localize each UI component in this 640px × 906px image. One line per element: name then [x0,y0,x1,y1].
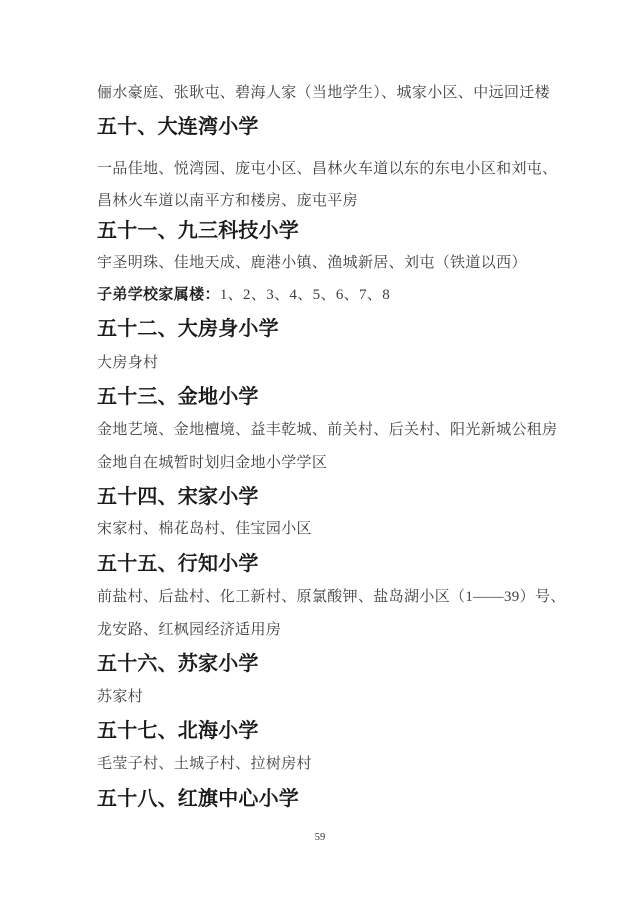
section-line: 大房身村 [97,355,158,371]
note-value: 1、2、3、4、5、6、7、8 [220,287,390,303]
section-line: 金地艺境、金地檀境、益丰乾城、前关村、后关村、阳光新城公租房 [97,422,558,438]
note-label: 子弟学校家属楼： [97,287,220,303]
section-heading-50: 五十、大连湾小学 [97,117,259,138]
section-line: 毛莹子村、土城子村、拉树房村 [97,756,312,772]
page-number: 59 [0,832,640,843]
section-heading-56: 五十六、苏家小学 [97,654,259,675]
section-line: 宋家村、棉花岛村、佳宝园小区 [97,521,312,537]
section-heading-55: 五十五、行知小学 [97,554,259,575]
section-line: 苏家村 [97,689,143,705]
section-heading-51: 五十一、九三科技小学 [97,221,299,242]
section-line: 龙安路、红枫园经济适用房 [97,622,281,638]
section-heading-58: 五十八、红旗中心小学 [97,789,299,810]
section-line: 一品佳地、悦湾园、庞屯小区、昌林火车道以东的东电小区和刘屯、 [97,161,558,177]
section-line: 前盐村、后盐村、化工新村、原氯酸钾、盐岛湖小区（1——39）号、 [97,589,566,605]
intro-line: 俪水豪庭、张耿屯、碧海人家（当地学生）、城家小区、中远回迁楼 [97,85,550,101]
note-line: 子弟学校家属楼：1、2、3、4、5、6、7、8 [97,287,390,303]
section-line: 昌林火车道以南平方和楼房、庞屯平房 [97,193,358,209]
section-line: 宇圣明珠、佳地天成、鹿港小镇、渔城新居、刘屯（铁道以西） [97,255,527,271]
section-heading-52: 五十二、大房身小学 [97,319,279,340]
section-heading-53: 五十三、金地小学 [97,387,259,408]
section-heading-54: 五十四、宋家小学 [97,487,259,508]
section-line: 金地自在城暂时划归金地小学学区 [97,455,327,471]
section-heading-57: 五十七、北海小学 [97,721,259,742]
document-page: 俪水豪庭、张耿屯、碧海人家（当地学生）、城家小区、中远回迁楼 五十、大连湾小学 … [0,0,640,906]
